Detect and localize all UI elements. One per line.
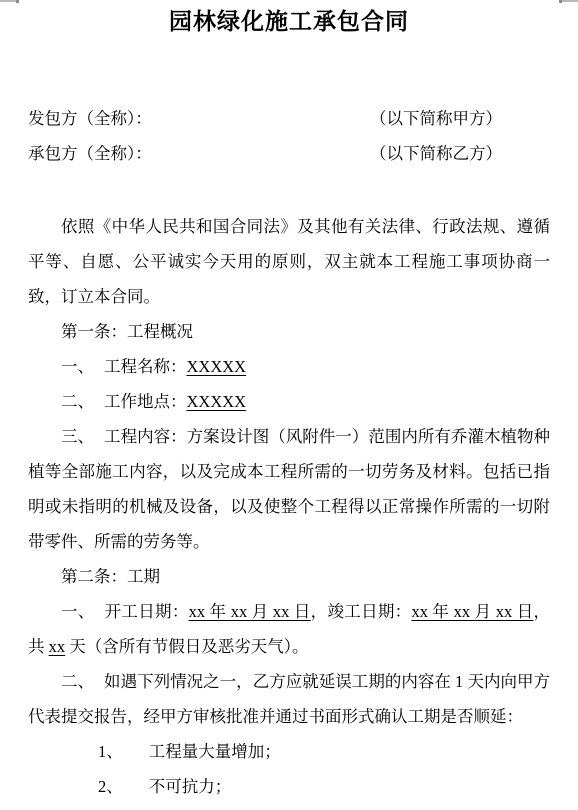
party-row-contractor: 承包方（全称）： （以下简称乙方） [28, 136, 550, 171]
contractor-label: 承包方（全称）： [28, 144, 152, 163]
blank-field: xx 年 xx 月 xx 日 [411, 602, 533, 621]
contractor-alias: （以下简称乙方） [370, 136, 502, 171]
list-marker: 一、 [61, 357, 94, 376]
page-corner-tick-right [559, 0, 562, 3]
text-segment: 工作地点： [104, 392, 187, 411]
document-body: 依照《中华人民共和国合同法》及其他有关法律、行政法规、遵循平等、自愿、公平诚实今… [0, 209, 578, 804]
list-marker: 1、 [98, 742, 123, 761]
page-corner-tick-left [16, 0, 19, 3]
list-item: 一、开工日期：xx 年 xx 月 xx 日，竣工日期：xx 年 xx 月 xx … [28, 594, 550, 664]
list-item: 二、工作地点：XXXXX [28, 384, 550, 419]
sub-list-item: 1、工程量大量增加； [28, 734, 550, 769]
page-corner-mark-left [0, 0, 18, 2]
party-row-employer: 发包方（全称）： （以下简称甲方） [28, 101, 550, 136]
section-heading: 第一条：工程概况 [28, 314, 550, 349]
blank-field: xx 年 xx 月 xx 日 [189, 602, 311, 621]
text-segment: 第一条：工程概况 [61, 322, 193, 341]
document-title: 园林绿化施工承包合同 [0, 0, 578, 39]
list-item: 二、如遇下列情况之一，乙方应就延误工期的内容在 1 天内向甲方代表提交报告，经甲… [28, 664, 550, 734]
employer-label: 发包方（全称）： [28, 109, 152, 128]
list-marker: 三、 [61, 427, 94, 446]
blank-field: XXXXX [187, 357, 247, 376]
document-page: 园林绿化施工承包合同 发包方（全称）： （以下简称甲方） 承包方（全称）： （以… [0, 0, 578, 810]
text-segment: 开工日期： [105, 602, 189, 621]
text-segment: 工程内容：方案设计图（风附件一）范围内所有乔灌木植物种植等全部施工内容，以及完成… [28, 427, 550, 551]
text-segment: 依照《中华人民共和国合同法》及其他有关法律、行政法规、遵循平等、自愿、公平诚实今… [28, 217, 550, 306]
list-marker: 一、 [61, 602, 95, 621]
employer-alias: （以下简称甲方） [370, 101, 502, 136]
section-heading: 第二条：工期 [28, 559, 550, 594]
paragraph: 依照《中华人民共和国合同法》及其他有关法律、行政法规、遵循平等、自愿、公平诚实今… [28, 209, 550, 314]
sub-list-item: 2、不可抗力； [28, 769, 550, 804]
text-segment: 第二条：工期 [61, 567, 160, 586]
blank-field: xx [49, 637, 66, 656]
list-marker: 二、 [61, 392, 94, 411]
text-segment: 工程量大量增加； [149, 742, 281, 761]
blank-field: XXXXX [187, 392, 247, 411]
text-segment: 如遇下列情况之一，乙方应就延误工期的内容在 1 天内向甲方代表提交报告，经甲方审… [28, 672, 550, 726]
text-segment: 天（含所有节假日及恶劣天气）。 [65, 637, 308, 656]
list-marker: 二、 [61, 672, 94, 691]
list-item: 三、工程内容：方案设计图（风附件一）范围内所有乔灌木植物种植等全部施工内容，以及… [28, 419, 550, 559]
text-segment: 工程名称： [104, 357, 187, 376]
text-segment: ，竣工日期： [311, 602, 412, 621]
parties-block: 发包方（全称）： （以下简称甲方） 承包方（全称）： （以下简称乙方） [0, 101, 578, 171]
list-marker: 2、 [98, 777, 123, 796]
text-segment: 不可抗力； [149, 777, 232, 796]
list-item: 一、工程名称：XXXXX [28, 349, 550, 384]
page-corner-mark-right [560, 0, 578, 2]
